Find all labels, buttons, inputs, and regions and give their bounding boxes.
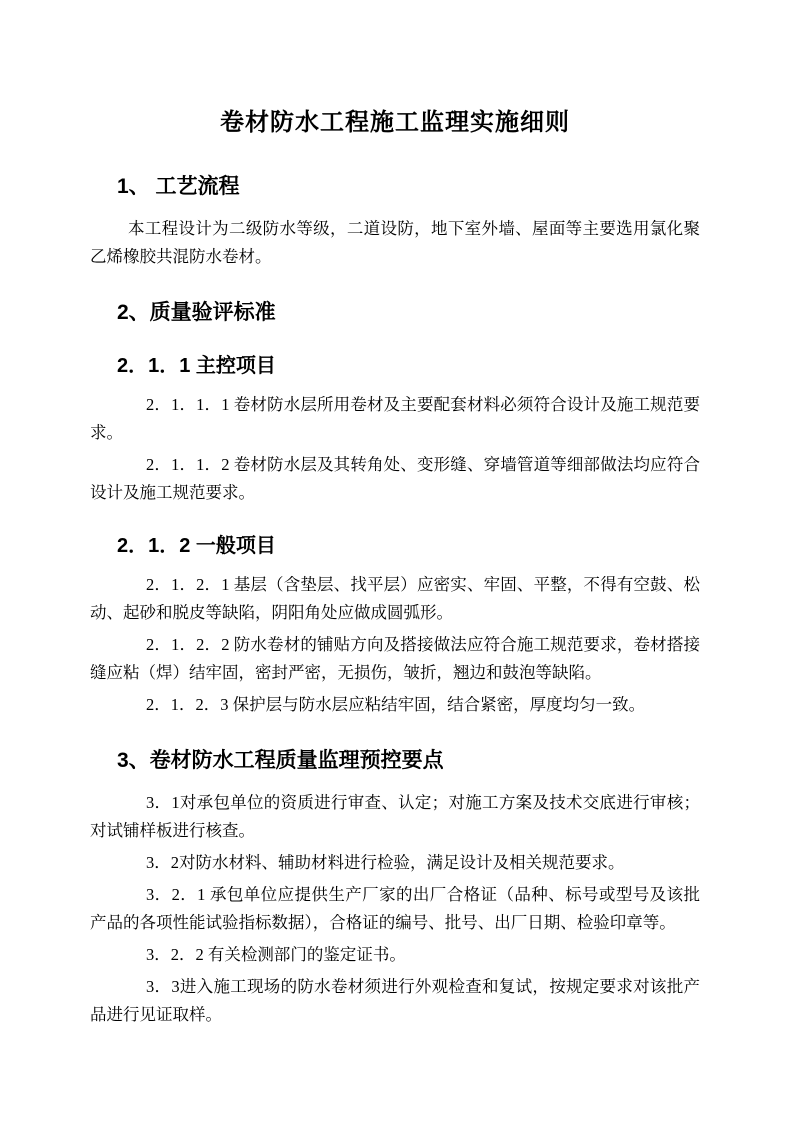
paragraph-2-1-1-2: 2．1．1．2 卷材防水层及其转角处、变形缝、穿墙管道等细部做法均应符合设计及施… (90, 451, 700, 507)
subsection-heading-2-1-2-general-items: 2．1．2 一般项目 (117, 533, 700, 559)
section-heading-quality-standards: 2、质量验评标准 (117, 299, 700, 327)
paragraph-3-2-2: 3．2．2 有关检测部门的鉴定证书。 (90, 941, 700, 969)
paragraph-3-3: 3．3进入施工现场的防水卷材须进行外观检查和复试，按规定要求对该批产品进行见证取… (90, 973, 700, 1029)
paragraph-3-1: 3．1对承包单位的资质进行审查、认定；对施工方案及技术交底进行审核；对试铺样板进… (90, 789, 700, 845)
paragraph-2-1-2-2: 2．1．2．2 防水卷材的铺贴方向及搭接做法应符合施工规范要求，卷材搭接缝应粘（… (90, 631, 700, 687)
section-heading-process-flow: 1、 工艺流程 (117, 173, 700, 201)
document-title: 卷材防水工程施工监理实施细则 (90, 106, 700, 140)
paragraph-process-flow-intro: 本工程设计为二级防水等级，二道设防，地下室外墙、屋面等主要选用氯化聚乙烯橡胶共混… (90, 215, 700, 271)
paragraph-2-1-2-1: 2．1．2．1 基层（含垫层、找平层）应密实、牢固、平整，不得有空鼓、松动、起砂… (90, 571, 700, 627)
section-heading-supervision-precontrol-points: 3、卷材防水工程质量监理预控要点 (117, 747, 700, 775)
document-page: 卷材防水工程施工监理实施细则 1、 工艺流程 本工程设计为二级防水等级，二道设防… (0, 0, 793, 1122)
paragraph-3-2-1: 3．2．1 承包单位应提供生产厂家的出厂合格证（品种、标号或型号及该批产品的各项… (90, 881, 700, 937)
paragraph-2-1-1-1: 2．1．1．1 卷材防水层所用卷材及主要配套材料必须符合设计及施工规范要求。 (90, 391, 700, 447)
subsection-heading-2-1-1-main-control-items: 2．1．1 主控项目 (117, 353, 700, 379)
paragraph-3-2: 3．2对防水材料、辅助材料进行检验，满足设计及相关规范要求。 (90, 849, 700, 877)
paragraph-2-1-2-3: 2．1．2．3 保护层与防水层应粘结牢固，结合紧密，厚度均匀一致。 (90, 691, 700, 719)
